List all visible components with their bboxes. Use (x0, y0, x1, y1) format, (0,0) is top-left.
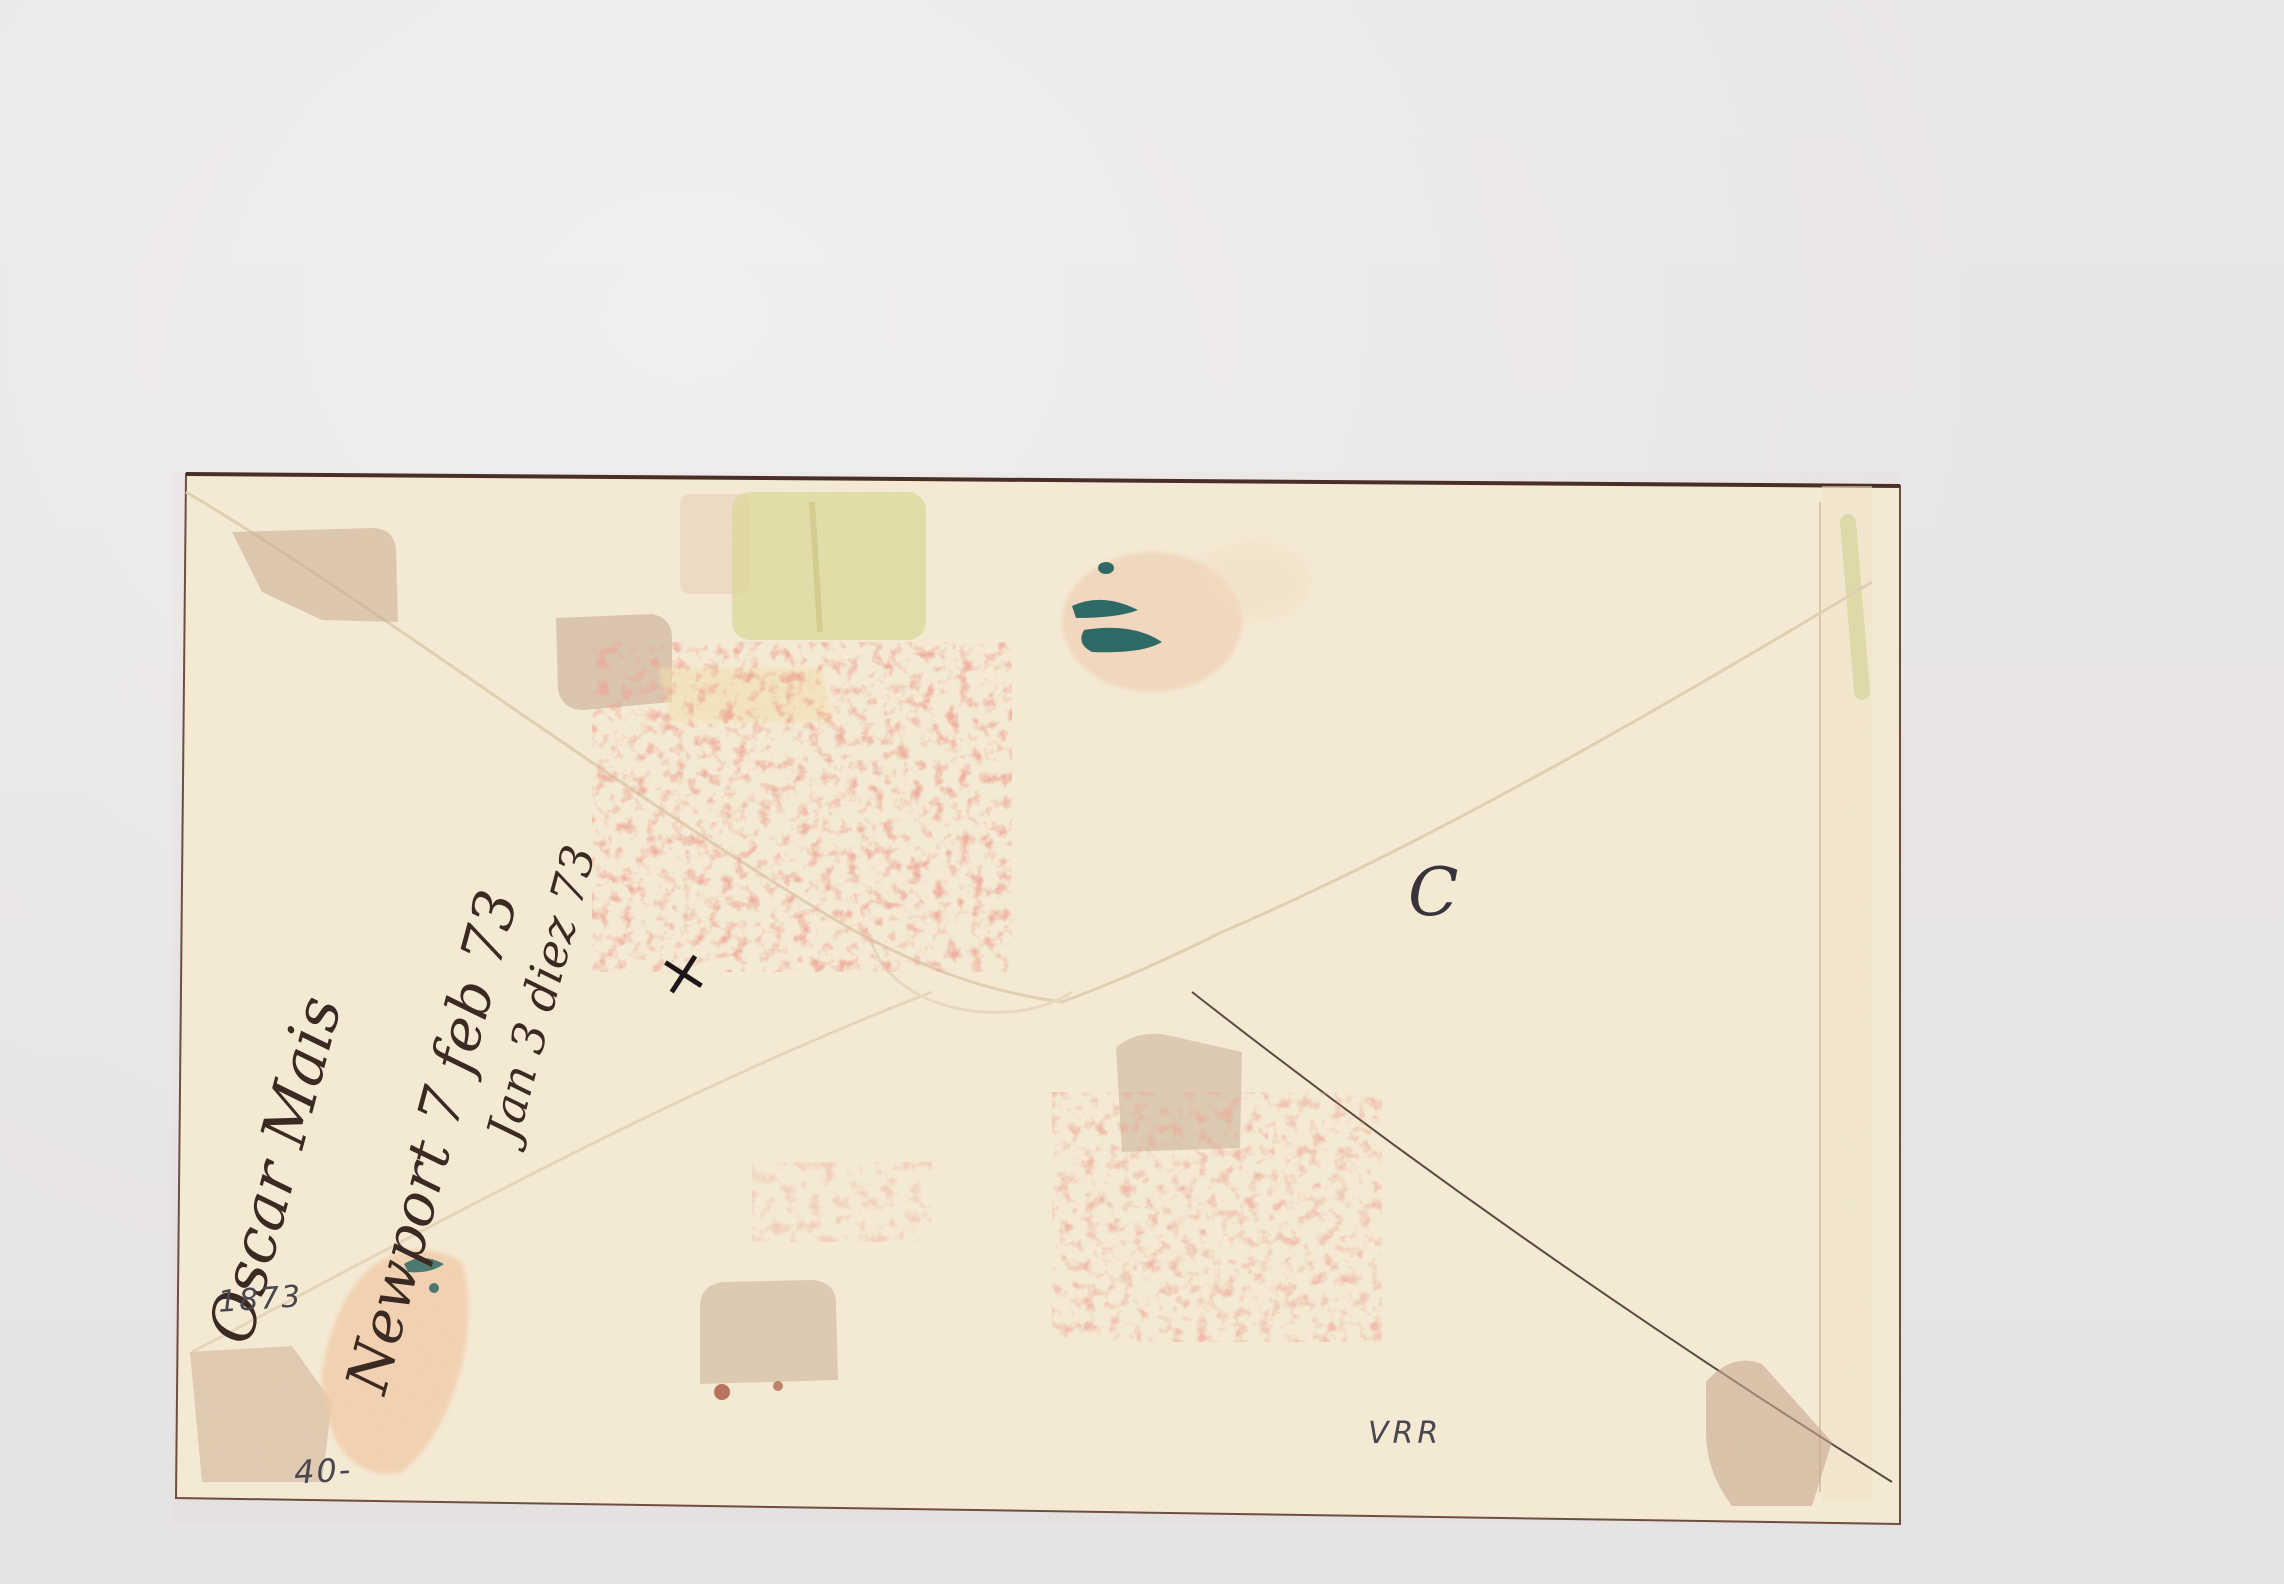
pencil-price: 40- (293, 1451, 353, 1492)
envelope-back: Oscar Mais Newport 7 feb 73 Jan 3 diez 7… (172, 472, 1900, 1524)
yellow-hinge-top-center (732, 492, 926, 640)
pencil-year: 1873 (217, 1279, 304, 1320)
pencil-letter: C (1408, 854, 1461, 931)
hinge-stain-bottom-center (700, 1280, 838, 1384)
pencil-initials: VRR (1368, 1416, 1442, 1451)
envelope-artwork (172, 472, 1900, 1524)
